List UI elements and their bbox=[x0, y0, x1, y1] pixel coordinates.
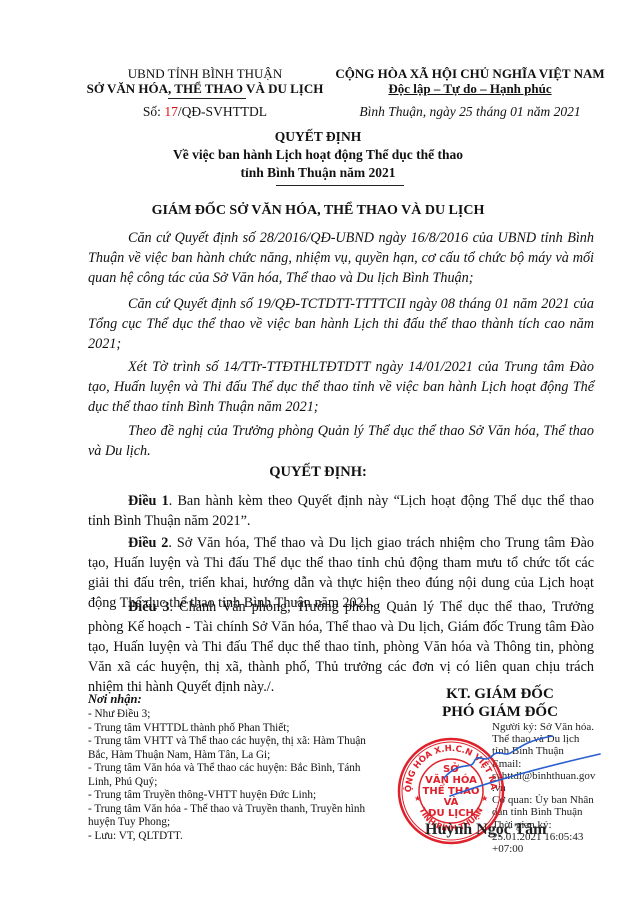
sig-info-line: dân tỉnh Bình Thuận bbox=[492, 806, 636, 818]
recipient-item: - Lưu: VT, QLTDTT. bbox=[88, 830, 368, 844]
preamble-text: Căn cứ Quyết định số 19/QĐ-TCTDTT-TTTTCI… bbox=[88, 296, 594, 352]
doc-number-suffix: /QĐ-SVHTTDL bbox=[178, 104, 267, 119]
agency-name: SỞ VĂN HÓA, THỂ THAO VÀ DU LỊCH bbox=[80, 81, 330, 96]
recipients-list: - Như Điều 3; - Trung tâm VHTTDL thành p… bbox=[88, 708, 368, 843]
preamble-paragraph: Căn cứ Quyết định số 19/QĐ-TCTDTT-TTTTCI… bbox=[88, 294, 594, 354]
national-motto: Độc lập – Tự do – Hạnh phúc bbox=[320, 81, 620, 96]
document-number: Số: 17/QĐ-SVHTTDL bbox=[80, 104, 330, 120]
doc-number-value: 17 bbox=[164, 104, 178, 119]
decision-heading: QUYẾT ĐỊNH: bbox=[0, 463, 636, 481]
recipient-item: - Trung tâm Truyền thông-VHTT huyện Đức … bbox=[88, 789, 368, 803]
svg-text:DU LỊCH: DU LỊCH bbox=[428, 808, 474, 819]
signer-name: Huỳnh Ngọc Tâm bbox=[425, 821, 547, 839]
document-type: QUYẾT ĐỊNH bbox=[0, 128, 636, 146]
sig-info-line: +07:00 bbox=[492, 843, 636, 855]
signature-title-line1: KT. GIÁM ĐỐC bbox=[380, 685, 620, 703]
preamble-paragraph: Căn cứ Quyết định số 28/2016/QĐ-UBND ngà… bbox=[88, 228, 594, 288]
recipient-item: - Trung tâm Văn hóa - Thể thao và Truyền… bbox=[88, 803, 368, 830]
recipients-heading: Nơi nhận: bbox=[88, 692, 142, 707]
recipient-item: - Trung tâm VHTT và Thể thao các huyện, … bbox=[88, 735, 368, 762]
issuing-agency-block: UBND TỈNH BÌNH THUẬN SỞ VĂN HÓA, THỂ THA… bbox=[80, 66, 330, 96]
preamble-text: Theo đề nghị của Trưởng phòng Quản lý Th… bbox=[88, 423, 594, 459]
signature-title-line2: PHÓ GIÁM ĐỐC bbox=[380, 703, 620, 721]
authority-heading: GIÁM ĐỐC SỞ VĂN HÓA, THỂ THAO VÀ DU LỊCH bbox=[0, 202, 636, 220]
preamble-paragraph: Xét Tờ trình số 14/TTr-TTĐTHLTĐTDTT ngày… bbox=[88, 357, 594, 417]
preamble-text: Căn cứ Quyết định số 28/2016/QĐ-UBND ngà… bbox=[88, 230, 594, 286]
title-underline bbox=[276, 185, 404, 186]
recipient-item: - Như Điều 3; bbox=[88, 708, 368, 722]
nation-title: CỘNG HÒA XÃ HỘI CHỦ NGHĨA VIỆT NAM bbox=[320, 66, 620, 81]
article-label: Điều 2 bbox=[128, 535, 168, 551]
national-header-block: CỘNG HÒA XÃ HỘI CHỦ NGHĨA VIỆT NAM Độc l… bbox=[320, 66, 620, 96]
recipient-item: - Trung tâm Văn hóa và Thể thao các huyệ… bbox=[88, 762, 368, 789]
article-label: Điều 1 bbox=[128, 493, 169, 509]
article-3: Điều 3. Chánh Văn phòng, Trưởng phòng Qu… bbox=[88, 597, 594, 697]
doc-number-prefix: Số: bbox=[143, 104, 164, 119]
recipient-item: - Trung tâm VHTTDL thành phố Phan Thiết; bbox=[88, 722, 368, 736]
article-label: Điều 3 bbox=[128, 599, 170, 615]
agency-underline bbox=[168, 98, 246, 99]
svg-text:★: ★ bbox=[414, 794, 421, 803]
preamble-text: Xét Tờ trình số 14/TTr-TTĐTHLTĐTDTT ngày… bbox=[88, 359, 594, 415]
handwritten-signature-icon bbox=[440, 730, 610, 800]
agency-parent: UBND TỈNH BÌNH THUẬN bbox=[80, 66, 330, 81]
document-subject-line1: Về việc ban hành Lịch hoạt động Thể dục … bbox=[0, 146, 636, 164]
preamble-paragraph: Theo đề nghị của Trưởng phòng Quản lý Th… bbox=[88, 421, 594, 461]
article-1: Điều 1. Ban hành kèm theo Quyết định này… bbox=[88, 491, 594, 531]
signature-title: KT. GIÁM ĐỐC PHÓ GIÁM ĐỐC bbox=[380, 685, 620, 721]
place-date: Bình Thuận, ngày 25 tháng 01 năm 2021 bbox=[320, 104, 620, 120]
document-subject-line2: tỉnh Bình Thuận năm 2021 bbox=[0, 164, 636, 182]
